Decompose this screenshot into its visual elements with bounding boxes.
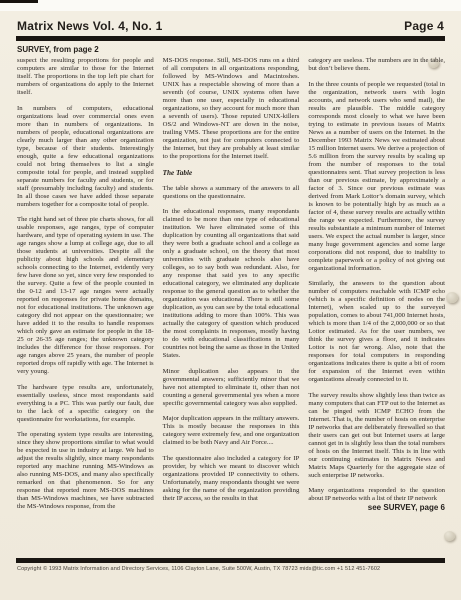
body-paragraph: The right hand set of three pie charts s… [17, 216, 154, 376]
body-paragraph: Similarly, the answers to the question a… [308, 280, 445, 384]
table-subheading: The Table [163, 169, 300, 177]
body-paragraph: Minor duplication also appears in the go… [163, 368, 300, 408]
body-paragraph: In numbers of computers, educational org… [17, 105, 154, 209]
body-paragraph: The questionnaire also included a catego… [163, 455, 300, 503]
header-rule [16, 36, 445, 41]
body-paragraph: Many organizations responded to the ques… [308, 487, 445, 503]
continuation-notice: see SURVEY, page 6 [308, 504, 445, 512]
body-paragraph: suspect the resulting proportions for pe… [17, 57, 154, 97]
article-columns: suspect the resulting proportions for pe… [17, 57, 445, 558]
column-3: category are useless. The numbers are in… [308, 57, 445, 558]
column-1: suspect the resulting proportions for pe… [17, 57, 154, 558]
body-paragraph: In the educational responses, many respo… [163, 208, 300, 360]
body-paragraph: Major duplication appears in the militar… [163, 415, 300, 447]
body-paragraph: The hardware type results are, unfortuna… [17, 384, 154, 424]
body-paragraph: The operating system type results are in… [17, 431, 154, 511]
page-title: Matrix News Vol. 4, No. 1 [17, 19, 162, 33]
newsletter-page: Matrix News Vol. 4, No. 1 Page 4 SURVEY,… [0, 11, 461, 572]
page-number: Page 4 [404, 19, 444, 33]
body-paragraph: category are useless. The numbers are in… [308, 57, 445, 73]
body-paragraph: The survey results show slightly less th… [308, 392, 445, 480]
body-paragraph: The table shows a summary of the answers… [163, 185, 300, 201]
page-header: Matrix News Vol. 4, No. 1 Page 4 [17, 19, 444, 33]
column-2: MS-DOS response. Still, MS-DOS runs on a… [163, 57, 300, 558]
section-heading: SURVEY, from page 2 [17, 45, 461, 54]
footer-rule [16, 558, 445, 563]
body-paragraph: In the three counts of people we request… [308, 81, 445, 273]
copyright-line: Copyright © 1993 Matrix Information and … [17, 566, 445, 572]
body-paragraph: MS-DOS response. Still, MS-DOS runs on a… [163, 57, 300, 161]
scan-corner-mark [0, 0, 38, 3]
